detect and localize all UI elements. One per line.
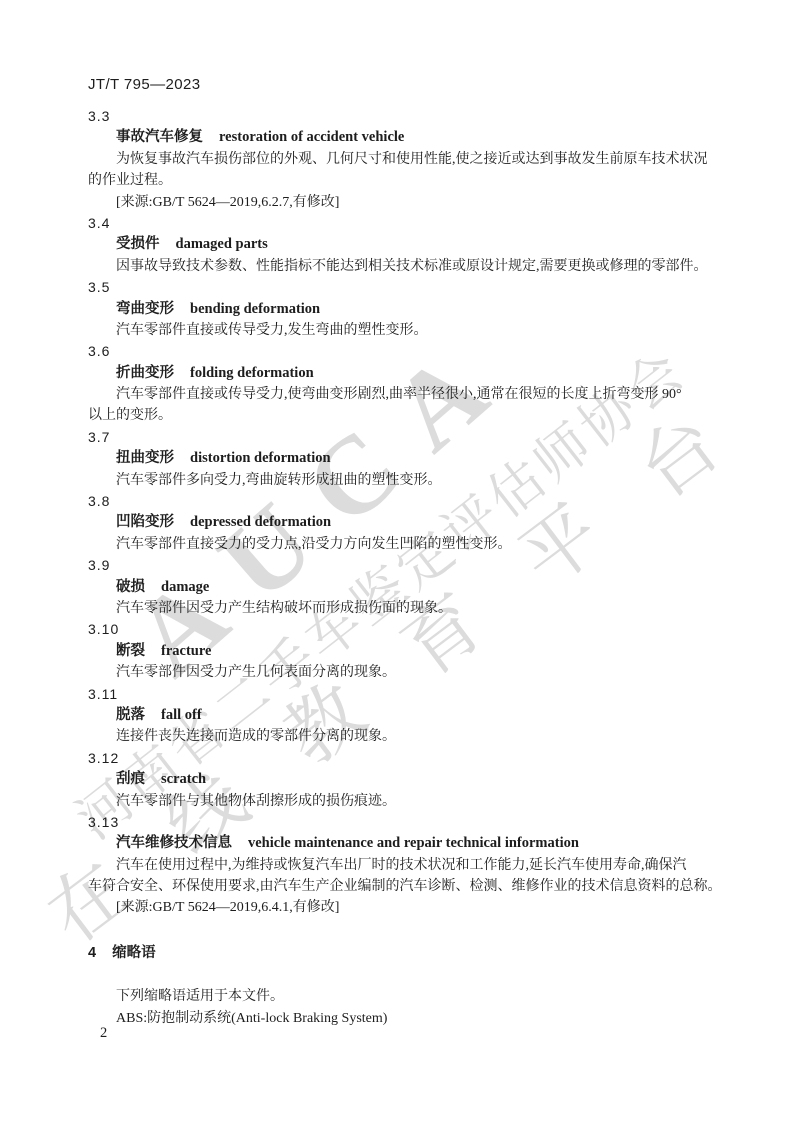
- clause: 3.11 脱落fall off 连接件丧失连接而造成的零部件分离的现象。: [88, 684, 724, 748]
- body-line: 的作业过程。: [88, 170, 724, 191]
- term-line: 脱落fall off: [88, 705, 724, 726]
- term-en: depressed deformation: [190, 514, 331, 530]
- clause-number: 3.12: [88, 748, 724, 769]
- clause: 3.10 断裂fracture 汽车零部件因受力产生几何表面分离的现象。: [88, 619, 724, 683]
- term-en: fall off: [161, 707, 202, 723]
- clause: 3.5 弯曲变形bending deformation 汽车零部件直接或传导受力…: [88, 277, 724, 341]
- chapter-paragraphs: 下列缩略语适用于本文件。ABS:防抱制动系统(Anti-lock Braking…: [88, 986, 724, 1029]
- clause: 3.6 折曲变形folding deformation 汽车零部件直接或传导受力…: [88, 341, 724, 427]
- term-line: 受损件damaged parts: [88, 234, 724, 255]
- body-line: 车符合安全、环保使用要求,由汽车生产企业编制的汽车诊断、检测、维修作业的技术信息…: [88, 876, 724, 897]
- chapter-paragraph-line: ABS:防抱制动系统(Anti-lock Braking System): [88, 1008, 724, 1029]
- clause-body: 汽车零部件与其他物体刮擦形成的损伤痕迹。: [88, 791, 724, 812]
- term-line: 汽车维修技术信息vehicle maintenance and repair t…: [88, 833, 724, 854]
- clause-number: 3.3: [88, 106, 724, 127]
- source-note: [来源:GB/T 5624—2019,6.2.7,有修改]: [88, 192, 724, 213]
- body-line: 连接件丧失连接而造成的零部件分离的现象。: [88, 726, 724, 747]
- clause-body: 汽车零部件直接或传导受力,使弯曲变形剧烈,曲率半径很小,通常在很短的长度上折弯变…: [88, 384, 724, 427]
- body-line: 汽车零部件直接或传导受力,使弯曲变形剧烈,曲率半径很小,通常在很短的长度上折弯变…: [88, 384, 724, 405]
- term-zh: 脱落: [116, 707, 145, 723]
- term-line: 事故汽车修复restoration of accident vehicle: [88, 127, 724, 148]
- chapter-number: 4: [88, 945, 96, 961]
- term-line: 扭曲变形distortion deformation: [88, 448, 724, 469]
- term-en: bending deformation: [190, 301, 320, 317]
- body-line: 因事故导致技术参数、性能指标不能达到相关技术标准或原设计规定,需要更换或修理的零…: [88, 256, 724, 277]
- clause-body: 汽车零部件直接或传导受力,发生弯曲的塑性变形。: [88, 320, 724, 341]
- clause-number: 3.5: [88, 277, 724, 298]
- term-zh: 断裂: [116, 643, 145, 659]
- clause-number: 3.7: [88, 427, 724, 448]
- chapter-title: 缩略语: [112, 945, 156, 961]
- term-line: 折曲变形folding deformation: [88, 363, 724, 384]
- clause-number: 3.9: [88, 555, 724, 576]
- clause-number: 3.8: [88, 491, 724, 512]
- clause: 3.8 凹陷变形depressed deformation 汽车零部件直接受力的…: [88, 491, 724, 555]
- body-line: 汽车零部件因受力产生结构破坏而形成损伤面的现象。: [88, 598, 724, 619]
- clause-body: 汽车零部件因受力产生结构破坏而形成损伤面的现象。: [88, 598, 724, 619]
- term-line: 断裂fracture: [88, 641, 724, 662]
- chapter-paragraph-line: 下列缩略语适用于本文件。: [88, 986, 724, 1007]
- clause: 3.3 事故汽车修复restoration of accident vehicl…: [88, 106, 724, 213]
- term-line: 破损damage: [88, 577, 724, 598]
- clause-body: 汽车零部件直接受力的受力点,沿受力方向发生凹陷的塑性变形。: [88, 534, 724, 555]
- clause-body: 为恢复事故汽车损伤部位的外观、几何尺寸和使用性能,使之接近或达到事故发生前原车技…: [88, 149, 724, 213]
- clause-number: 3.4: [88, 213, 724, 234]
- term-en: distortion deformation: [190, 450, 331, 466]
- document-body: 3.3 事故汽车修复restoration of accident vehicl…: [88, 106, 724, 1029]
- clause-body: 汽车在使用过程中,为维持或恢复汽车出厂时的技术状况和工作能力,延长汽车使用寿命,…: [88, 855, 724, 919]
- body-line: 汽车零部件多向受力,弯曲旋转形成扭曲的塑性变形。: [88, 470, 724, 491]
- term-en: damage: [161, 579, 209, 595]
- clause-body: 连接件丧失连接而造成的零部件分离的现象。: [88, 726, 724, 747]
- term-zh: 刮痕: [116, 771, 145, 787]
- term-zh: 破损: [116, 579, 145, 595]
- clause: 3.7 扭曲变形distortion deformation 汽车零部件多向受力…: [88, 427, 724, 491]
- clause-number: 3.6: [88, 341, 724, 362]
- term-zh: 凹陷变形: [116, 514, 174, 530]
- clause: 3.4 受损件damaged parts 因事故导致技术参数、性能指标不能达到相…: [88, 213, 724, 277]
- clause: 3.9 破损damage 汽车零部件因受力产生结构破坏而形成损伤面的现象。: [88, 555, 724, 619]
- body-line: 汽车零部件因受力产生几何表面分离的现象。: [88, 662, 724, 683]
- term-en: folding deformation: [190, 365, 314, 381]
- clause-body: 汽车零部件因受力产生几何表面分离的现象。: [88, 662, 724, 683]
- clause: 3.13 汽车维修技术信息vehicle maintenance and rep…: [88, 812, 724, 919]
- body-line: 为恢复事故汽车损伤部位的外观、几何尺寸和使用性能,使之接近或达到事故发生前原车技…: [88, 149, 724, 170]
- page-number: 2: [100, 1025, 107, 1042]
- term-line: 凹陷变形depressed deformation: [88, 512, 724, 533]
- clauses: 3.3 事故汽车修复restoration of accident vehicl…: [88, 106, 724, 919]
- body-line: 汽车零部件与其他物体刮擦形成的损伤痕迹。: [88, 791, 724, 812]
- clause: 3.12 刮痕scratch 汽车零部件与其他物体刮擦形成的损伤痕迹。: [88, 748, 724, 812]
- clause-body: 汽车零部件多向受力,弯曲旋转形成扭曲的塑性变形。: [88, 470, 724, 491]
- term-zh: 受损件: [116, 236, 160, 252]
- clause-number: 3.11: [88, 684, 724, 705]
- doc-code-header: JT/T 795—2023: [88, 76, 201, 93]
- term-zh: 扭曲变形: [116, 450, 174, 466]
- clause-body: 因事故导致技术参数、性能指标不能达到相关技术标准或原设计规定,需要更换或修理的零…: [88, 256, 724, 277]
- body-line: 汽车零部件直接或传导受力,发生弯曲的塑性变形。: [88, 320, 724, 341]
- clause-number: 3.13: [88, 812, 724, 833]
- term-en: restoration of accident vehicle: [219, 129, 404, 145]
- term-en: vehicle maintenance and repair technical…: [248, 835, 579, 851]
- source-note: [来源:GB/T 5624—2019,6.4.1,有修改]: [88, 897, 724, 918]
- term-en: fracture: [161, 643, 211, 659]
- body-line: 汽车零部件直接受力的受力点,沿受力方向发生凹陷的塑性变形。: [88, 534, 724, 555]
- term-zh: 弯曲变形: [116, 301, 174, 317]
- term-line: 弯曲变形bending deformation: [88, 299, 724, 320]
- chapter-heading: 4缩略语: [88, 943, 724, 964]
- term-line: 刮痕scratch: [88, 769, 724, 790]
- term-zh: 事故汽车修复: [116, 129, 203, 145]
- term-zh: 汽车维修技术信息: [116, 835, 232, 851]
- clause-number: 3.10: [88, 619, 724, 640]
- body-line: 以上的变形。: [88, 405, 724, 426]
- term-zh: 折曲变形: [116, 365, 174, 381]
- term-en: scratch: [161, 771, 206, 787]
- body-line: 汽车在使用过程中,为维持或恢复汽车出厂时的技术状况和工作能力,延长汽车使用寿命,…: [88, 855, 724, 876]
- term-en: damaged parts: [176, 236, 268, 252]
